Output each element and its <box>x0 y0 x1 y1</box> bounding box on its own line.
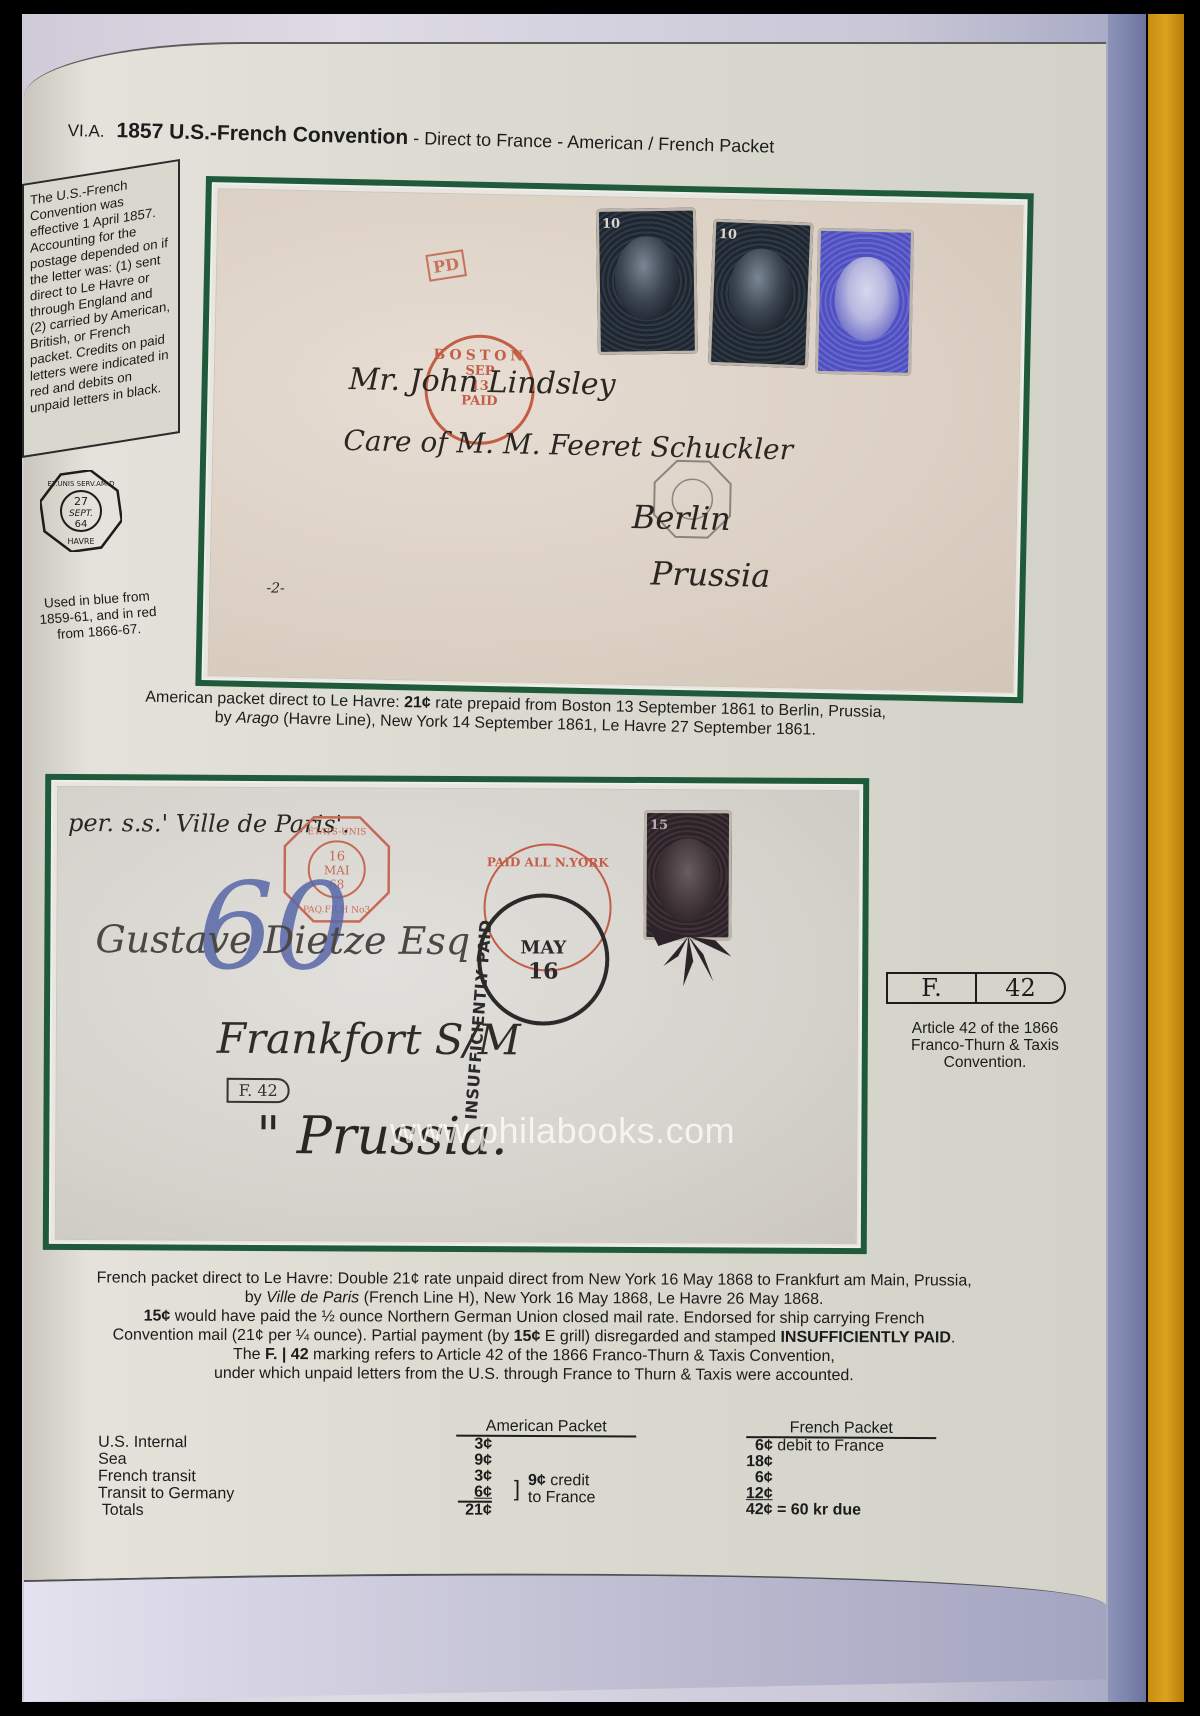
address-line-4: Prussia <box>650 554 770 594</box>
f42-right: 42 <box>977 974 1064 1002</box>
washington-portrait-icon <box>727 247 794 333</box>
svg-text:ÉTATS-UNIS: ÉTATS-UNIS <box>308 825 367 837</box>
cover-2-frame: per. s.s.' Ville de Paris'. 16 MAI 68 ÉT… <box>43 774 869 1254</box>
convention-note-text: The U.S.-French Convention was effective… <box>30 170 172 416</box>
american-packet-values: 3¢ 9¢ 3¢ 6¢ 21¢ <box>458 1437 492 1519</box>
cover-1-frame: PD 10 10 BOSTON SEP 13 PAID Mr. John Lin… <box>195 176 1033 703</box>
stamp-10c-washington-1: 10 <box>596 208 698 355</box>
svg-text:64: 64 <box>75 519 88 530</box>
franklin-portrait-icon <box>834 256 900 341</box>
new-york-exchange-postmark: MAY 16 <box>477 893 610 1026</box>
french-packet-header: French Packet <box>746 1419 936 1439</box>
f42-note: Article 42 of the 1866 Franco-Thurn & Ta… <box>890 1020 1080 1071</box>
book-cover-edge <box>1148 14 1184 1702</box>
cover-2-envelope: per. s.s.' Ville de Paris'. 16 MAI 68 ÉT… <box>55 786 859 1244</box>
credit-bracket: ] <box>514 1476 520 1502</box>
pd-marking: PD <box>425 249 467 281</box>
address-line-2: Frankfort S/M <box>217 1014 521 1065</box>
american-packet-header: American Packet <box>456 1418 636 1438</box>
rates-table: U.S. Internal Sea French transit Transit… <box>96 1416 977 1541</box>
f42-struck-marking: F. 42 <box>227 1078 290 1103</box>
cover-2-caption: French packet direct to Le Havre: Double… <box>14 1268 1054 1386</box>
svg-text:SEPT.: SEPT. <box>69 509 93 519</box>
address-line-1: Mr. John Lindsley <box>348 362 616 403</box>
address-line-3: Berlin <box>632 498 732 538</box>
svg-text:ET.UNIS SERV.AM.D: ET.UNIS SERV.AM.D <box>47 480 114 488</box>
address-line-2: Care of M. M. Feeret Schuckler <box>343 424 793 466</box>
address-line-1: Gustave Dietze Esq <box>95 917 470 963</box>
lincoln-portrait-icon <box>655 838 719 922</box>
rate-row-labels: U.S. Internal Sea French transit Transit… <box>98 1434 235 1520</box>
havre-octagonal-marking-icon: 27 SEPT. 64 HAVRE ET.UNIS SERV.AM.D <box>40 470 122 552</box>
svg-text:27: 27 <box>74 495 88 508</box>
star-cancel-icon <box>643 926 733 1006</box>
american-credit-note: 9¢ credit to France <box>528 1472 596 1506</box>
stamp-15c-lincoln: 15 <box>643 810 732 940</box>
f42-left: F. <box>888 974 975 1002</box>
svg-text:HAVRE: HAVRE <box>67 537 94 546</box>
washington-portrait-icon <box>614 236 679 321</box>
watermark: www.philabooks.com <box>390 1110 735 1152</box>
stamp-1c-franklin <box>815 228 914 376</box>
french-packet-values: 6¢ debit to France 18¢ 6¢ 12¢ 42¢ = 60 k… <box>746 1438 884 1519</box>
f42-marking-illustration: F. 42 <box>886 972 1066 1002</box>
convention-note-box: The U.S.-French Convention was effective… <box>22 159 180 458</box>
stamp-10c-washington-2: 10 <box>708 219 814 369</box>
docket-mark: -2- <box>266 580 285 596</box>
book-page-edges <box>1108 14 1146 1702</box>
octagonal-marking-note: Used in blue from 1859-61, and in red fr… <box>26 587 169 645</box>
cover-1-envelope: PD 10 10 BOSTON SEP 13 PAID Mr. John Lin… <box>208 188 1024 693</box>
section-number: VI.A. <box>67 121 104 141</box>
